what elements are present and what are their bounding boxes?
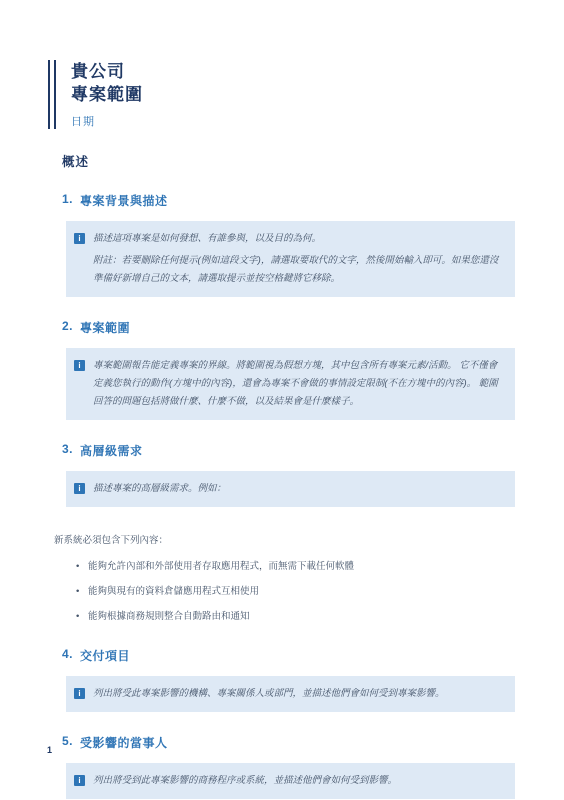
header-accent-bars <box>48 60 56 129</box>
header-text: 貴公司 專案範圍 日期 <box>71 60 143 129</box>
document-body: 概述 1. 專案背景與描述 i 描述這項專案是如何發想、有誰參與，以及目的為何。… <box>0 152 564 799</box>
section-2-number: 2. <box>62 319 80 336</box>
tip-box-deliverables[interactable]: i 列出將受此專案影響的機構、專案關係人或部門，並描述他們會如何受到專案影響。 <box>66 676 515 712</box>
tip-paragraph[interactable]: 描述專案的高層級需求。例如： <box>93 480 501 498</box>
section-5-heading: 5. 受影響的當事人 <box>62 734 564 751</box>
section-3-title: 高層級需求 <box>80 442 143 459</box>
section-5-number: 5. <box>62 734 80 751</box>
section-project-background: 1. 專案背景與描述 i 描述這項專案是如何發想、有誰參與，以及目的為何。 附註… <box>0 192 564 297</box>
section-2-title: 專案範圍 <box>80 319 130 336</box>
info-icon: i <box>74 688 85 699</box>
requirements-intro[interactable]: 新系統必須包含下列內容： <box>54 533 515 549</box>
document-page: 貴公司 專案範圍 日期 概述 1. 專案背景與描述 i 描述這項專案是如何發想、… <box>0 0 564 800</box>
date-placeholder[interactable]: 日期 <box>71 113 143 129</box>
tip-paragraph[interactable]: 描述這項專案是如何發想、有誰參與，以及目的為何。 <box>93 230 501 248</box>
overview-heading: 概述 <box>62 152 564 170</box>
section-2-heading: 2. 專案範圍 <box>62 319 564 336</box>
tip-paragraph[interactable]: 列出將受到此專案影響的商務程序或系統，並描述他們會如何受到影響。 <box>93 772 501 790</box>
company-name-placeholder[interactable]: 貴公司 <box>71 60 143 83</box>
section-3-heading: 3. 高層級需求 <box>62 442 564 459</box>
tip-text: 列出將受此專案影響的機構、專案關係人或部門，並描述他們會如何受到專案影響。 <box>93 685 501 703</box>
section-3-number: 3. <box>62 442 80 459</box>
section-deliverables: 4. 交付項目 i 列出將受此專案影響的機構、專案關係人或部門，並描述他們會如何… <box>0 647 564 712</box>
requirements-list-item[interactable]: 能夠根據商務規則整合自動路由和通知 <box>78 609 515 625</box>
section-1-title: 專案背景與描述 <box>80 192 168 209</box>
document-header: 貴公司 專案範圍 日期 <box>48 60 143 129</box>
tip-paragraph[interactable]: 列出將受此專案影響的機構、專案關係人或部門，並描述他們會如何受到專案影響。 <box>93 685 501 703</box>
info-icon: i <box>74 483 85 494</box>
tip-paragraph[interactable]: 附註：若要刪除任何提示(例如這段文字)，請選取要取代的文字，然後開始輸入即可。如… <box>93 252 501 288</box>
section-4-heading: 4. 交付項目 <box>62 647 564 664</box>
tip-box-affected-parties[interactable]: i 列出將受到此專案影響的商務程序或系統，並描述他們會如何受到影響。 <box>66 763 515 799</box>
section-project-scope: 2. 專案範圍 i 專案範圍報告能定義專案的界線。將範圍視為假想方塊，其中包含所… <box>0 319 564 420</box>
tip-text: 描述專案的高層級需求。例如： <box>93 480 501 498</box>
section-affected-parties: 5. 受影響的當事人 i 列出將受到此專案影響的商務程序或系統，並描述他們會如何… <box>0 734 564 799</box>
section-4-number: 4. <box>62 647 80 664</box>
info-icon: i <box>74 233 85 244</box>
document-title-placeholder[interactable]: 專案範圍 <box>71 83 143 106</box>
page-number: 1 <box>47 745 52 755</box>
info-icon: i <box>74 775 85 786</box>
section-5-title: 受影響的當事人 <box>80 734 168 751</box>
tip-box-project-background[interactable]: i 描述這項專案是如何發想、有誰參與，以及目的為何。 附註：若要刪除任何提示(例… <box>66 221 515 297</box>
info-icon: i <box>74 360 85 371</box>
tip-paragraph[interactable]: 專案範圍報告能定義專案的界線。將範圍視為假想方塊，其中包含所有專案元素/活動。 … <box>93 357 501 411</box>
requirements-list: 能夠允許內部和外部使用者存取應用程式，而無需下載任何軟體 能夠與現有的資料倉儲應… <box>0 559 515 625</box>
tip-text: 列出將受到此專案影響的商務程序或系統，並描述他們會如何受到影響。 <box>93 772 501 790</box>
requirements-list-item[interactable]: 能夠與現有的資料倉儲應用程式互相使用 <box>78 584 515 600</box>
section-high-level-requirements: 3. 高層級需求 i 描述專案的高層級需求。例如： 新系統必須包含下列內容： 能… <box>0 442 564 625</box>
section-1-heading: 1. 專案背景與描述 <box>62 192 564 209</box>
tip-box-high-level-requirements[interactable]: i 描述專案的高層級需求。例如： <box>66 471 515 507</box>
section-1-number: 1. <box>62 192 80 209</box>
requirements-list-item[interactable]: 能夠允許內部和外部使用者存取應用程式，而無需下載任何軟體 <box>78 559 515 575</box>
section-4-title: 交付項目 <box>80 647 130 664</box>
tip-box-project-scope[interactable]: i 專案範圍報告能定義專案的界線。將範圍視為假想方塊，其中包含所有專案元素/活動… <box>66 348 515 420</box>
tip-text: 描述這項專案是如何發想、有誰參與，以及目的為何。 附註：若要刪除任何提示(例如這… <box>93 230 501 288</box>
tip-text: 專案範圍報告能定義專案的界線。將範圍視為假想方塊，其中包含所有專案元素/活動。 … <box>93 357 501 411</box>
